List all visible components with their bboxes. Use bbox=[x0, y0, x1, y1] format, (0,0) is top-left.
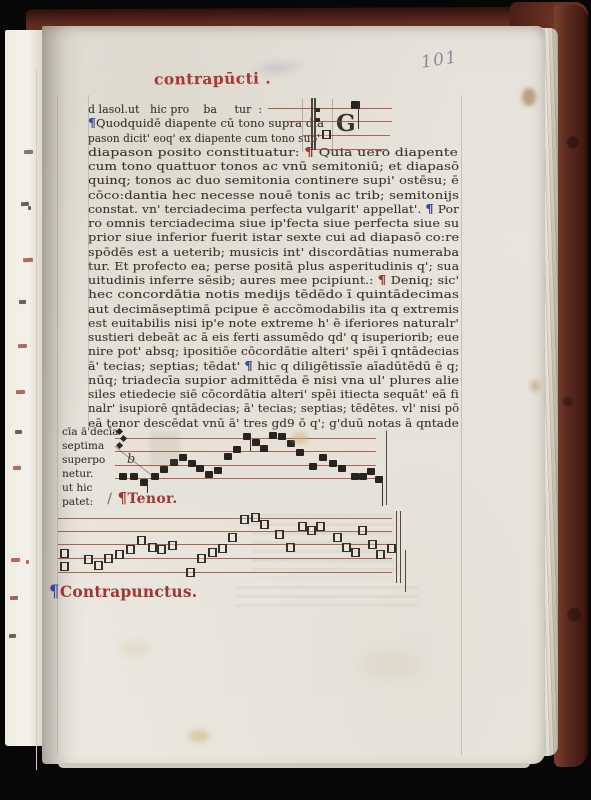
music-note bbox=[309, 463, 317, 470]
edge-ink-mark bbox=[26, 560, 29, 564]
music-note bbox=[252, 439, 260, 446]
contrapunctus-label: ¶Contrapunctus. bbox=[49, 581, 197, 601]
music-note bbox=[351, 473, 359, 480]
pilcrow-icon: ¶ bbox=[88, 116, 96, 130]
staff-barline bbox=[386, 431, 387, 505]
text-line: nalr' isupiorē qntādecias; ā' tecias; se… bbox=[88, 402, 459, 415]
ruling-line bbox=[332, 99, 333, 152]
music-note bbox=[205, 471, 213, 478]
ruling-line bbox=[88, 95, 89, 430]
staff-barline bbox=[400, 511, 401, 583]
clef-icon bbox=[314, 98, 316, 150]
text-line: ¶Quodquidē diapente cū tono supra dia bbox=[88, 117, 324, 130]
music-note bbox=[84, 555, 93, 564]
text-segment: Contrapunctus. bbox=[60, 582, 197, 601]
music-note bbox=[115, 550, 124, 559]
music-note bbox=[296, 449, 304, 456]
text-line: prior siue inferior fuerit istar sexte c… bbox=[88, 231, 459, 244]
music-note bbox=[228, 533, 237, 542]
text-segment: Quia uero diapente bbox=[314, 146, 458, 159]
music-note bbox=[338, 465, 346, 472]
text-line: cum tono quattuor tonos ac vnū semitoniū… bbox=[88, 160, 459, 173]
pilcrow-icon: ¶ bbox=[49, 581, 60, 601]
text-segment: prior siue inferior fuerit istar sexte c… bbox=[88, 231, 459, 244]
clef-icon bbox=[315, 118, 320, 122]
text-segment: Por bbox=[434, 203, 459, 216]
text-segment: ro omnis terciadecima siue ip'fecta siue… bbox=[88, 217, 459, 230]
text-segment: spōdēs est a ueterib; musicis int' disco… bbox=[88, 246, 459, 259]
music-note bbox=[104, 554, 113, 563]
music-note bbox=[179, 454, 187, 461]
running-header: contrapūcti . bbox=[154, 68, 271, 88]
parchment-stain bbox=[120, 640, 150, 658]
staff-line bbox=[303, 135, 390, 136]
bleedthrough-smudge bbox=[150, 432, 180, 466]
pitch-letter-g: G bbox=[336, 110, 356, 137]
text-segment: sustieri debeāt ac ā eis ferti assumēdo … bbox=[88, 331, 459, 344]
staff-line bbox=[268, 108, 392, 109]
text-line: siles etiedecie siē cōcordātia alteri' s… bbox=[88, 388, 459, 401]
text-segment: siles etiedecie siē cōcordātia alteri' s… bbox=[88, 388, 459, 401]
previous-page-edge bbox=[5, 30, 44, 746]
pilcrow-icon: ¶ bbox=[425, 202, 433, 216]
text-segment: uitudinis inferre sēsib; aures mee pcipi… bbox=[88, 274, 378, 287]
text-line: eā tenor descēdat vnū ā' tres gd9 ō q'; … bbox=[88, 417, 459, 430]
text-line: ro omnis terciadecima siue ip'fecta siue… bbox=[88, 217, 459, 230]
staff-barline bbox=[396, 511, 397, 583]
ruling-line bbox=[302, 99, 303, 152]
text-line: quinq; tonos ac duo semitonia continere … bbox=[88, 174, 459, 187]
margin-line: septima bbox=[62, 440, 104, 452]
text-line: sustieri debeāt ac ā eis ferti assumēdo … bbox=[88, 331, 459, 344]
pilcrow-icon: ¶ bbox=[118, 489, 128, 507]
music-note bbox=[148, 543, 157, 552]
edge-ink-mark bbox=[15, 430, 22, 434]
text-segment: d lasol.ut hic pro ba tur : bbox=[88, 103, 262, 116]
music-note bbox=[269, 432, 277, 439]
text-line: nūq; triadecīa supior admittēda ē nisi v… bbox=[88, 374, 459, 387]
parchment-stain bbox=[522, 88, 536, 106]
music-note bbox=[233, 446, 241, 453]
note-stem-icon bbox=[250, 437, 251, 451]
parchment-stain bbox=[188, 730, 210, 742]
edge-ink-mark bbox=[23, 258, 33, 262]
text-segment: pason dicit' eoq' ex diapente cum tono s… bbox=[88, 132, 320, 145]
edge-ink-mark bbox=[13, 466, 21, 470]
music-note bbox=[60, 549, 69, 558]
margin-line: cīa ā'decīa bbox=[62, 426, 118, 438]
text-segment: diapason posito constituatur: bbox=[88, 146, 304, 159]
text-line: diapason posito constituatur: ¶ Quia uer… bbox=[88, 146, 458, 159]
text-segment: Deniq; sic' bbox=[386, 274, 459, 287]
text-line: nire pot' absq; ipositiōe cōcordātie alt… bbox=[88, 345, 459, 358]
edge-ink-mark bbox=[9, 634, 16, 638]
parchment-stain bbox=[530, 380, 540, 392]
music-note bbox=[94, 561, 103, 570]
text-line: cōco:dantia hec necesse nouē tonis ac tr… bbox=[88, 189, 459, 202]
edge-ink-mark bbox=[28, 206, 31, 210]
edge-ink-mark bbox=[16, 390, 25, 394]
text-segment: ā' tecias; septias; tēdat' bbox=[88, 360, 244, 373]
bleedthrough-smudge bbox=[252, 514, 394, 578]
bleedthrough-smudge bbox=[236, 586, 418, 610]
music-note bbox=[126, 545, 135, 554]
music-note bbox=[137, 536, 146, 545]
bleedthrough-smudge bbox=[300, 296, 410, 332]
music-note bbox=[322, 130, 331, 139]
text-segment: constat. vn' terciadecima perfecta vulga… bbox=[88, 203, 425, 216]
text-segment: cōco:dantia hec necesse nouē tonis ac tr… bbox=[88, 189, 459, 202]
staff-line bbox=[307, 149, 388, 150]
text-line: tur. Et profecto ea; perse positā plus a… bbox=[88, 260, 459, 273]
music-note bbox=[208, 548, 217, 557]
text-segment: Quodquidē diapente cū tono supra dia bbox=[96, 117, 324, 130]
text-segment: hic q diligētissīe aīadūtēdū ē q; bbox=[253, 360, 459, 373]
music-note bbox=[240, 515, 249, 524]
text-line: constat. vn' terciadecima perfecta vulga… bbox=[88, 203, 459, 216]
music-note bbox=[197, 554, 206, 563]
text-line: uitudinis inferre sēsib; aures mee pcipi… bbox=[88, 274, 459, 287]
text-segment: quinq; tonos ac duo semitonia continere … bbox=[88, 174, 459, 187]
margin-line: netur. bbox=[62, 468, 93, 480]
tenor-label: ∕ ¶Tenor. bbox=[107, 489, 178, 507]
music-note bbox=[260, 445, 268, 452]
parchment-stain bbox=[292, 432, 308, 444]
page-crease bbox=[36, 70, 37, 770]
note-stem-icon bbox=[382, 480, 383, 506]
music-note bbox=[119, 473, 127, 480]
parchment-stain bbox=[360, 650, 420, 680]
music-note bbox=[214, 467, 222, 474]
clef-icon bbox=[315, 108, 320, 112]
text-line: spōdēs est a ueterib; musicis int' disco… bbox=[88, 246, 459, 259]
text-segment: nūq; triadecīa supior admittēda ē nisi v… bbox=[88, 374, 459, 387]
music-note bbox=[367, 468, 375, 475]
margin-line: superpo bbox=[62, 454, 105, 466]
edge-ink-mark bbox=[24, 150, 33, 154]
ruling-line bbox=[461, 95, 462, 755]
edge-ink-mark bbox=[10, 596, 18, 600]
music-note bbox=[130, 473, 138, 480]
music-note bbox=[224, 453, 232, 460]
music-note bbox=[359, 473, 367, 480]
text-segment: nire pot' absq; ipositiōe cōcordātie alt… bbox=[88, 345, 459, 358]
music-note bbox=[157, 545, 166, 554]
music-note bbox=[196, 465, 204, 472]
text-segment: ∕ bbox=[107, 491, 118, 507]
text-line: d lasol.ut hic pro ba tur : bbox=[88, 103, 262, 116]
text-segment: tur. Et profecto ea; perse positā plus a… bbox=[88, 260, 459, 273]
music-note bbox=[168, 541, 177, 550]
margin-line: patet: bbox=[62, 496, 93, 508]
text-segment: nalr' isupiorē qntādecias; ā' tecias; se… bbox=[88, 402, 459, 415]
book-cover-right-edge bbox=[554, 5, 588, 767]
music-note bbox=[278, 433, 286, 440]
text-line: pason dicit' eoq' ex diapente cum tono s… bbox=[88, 132, 320, 145]
pilcrow-icon: ¶ bbox=[244, 359, 253, 373]
edge-ink-mark bbox=[18, 344, 27, 348]
text-segment: eā tenor descēdat vnū ā' tres gd9 ō q'; … bbox=[88, 417, 459, 430]
clef-icon bbox=[311, 98, 313, 150]
edge-ink-mark bbox=[19, 300, 26, 304]
music-note bbox=[60, 562, 69, 571]
music-note bbox=[319, 454, 327, 461]
music-note bbox=[188, 460, 196, 467]
under-leaf-edge bbox=[58, 763, 530, 768]
music-note bbox=[186, 568, 195, 577]
edge-ink-mark bbox=[11, 558, 20, 562]
text-segment: Tenor. bbox=[128, 491, 178, 507]
text-line: ā' tecias; septias; tēdat' ¶ hic q dilig… bbox=[88, 360, 459, 373]
ruling-line bbox=[57, 95, 58, 755]
music-note bbox=[218, 544, 227, 553]
text-segment: cum tono quattuor tonos ac vnū semitoniū… bbox=[88, 160, 459, 173]
margin-line: ut hic bbox=[62, 482, 92, 494]
manuscript-photo: contrapūcti . 101 d lasol.ut hic pro ba … bbox=[0, 0, 591, 800]
music-note bbox=[160, 466, 168, 473]
music-note bbox=[329, 460, 337, 467]
note-stem-icon bbox=[358, 105, 359, 129]
